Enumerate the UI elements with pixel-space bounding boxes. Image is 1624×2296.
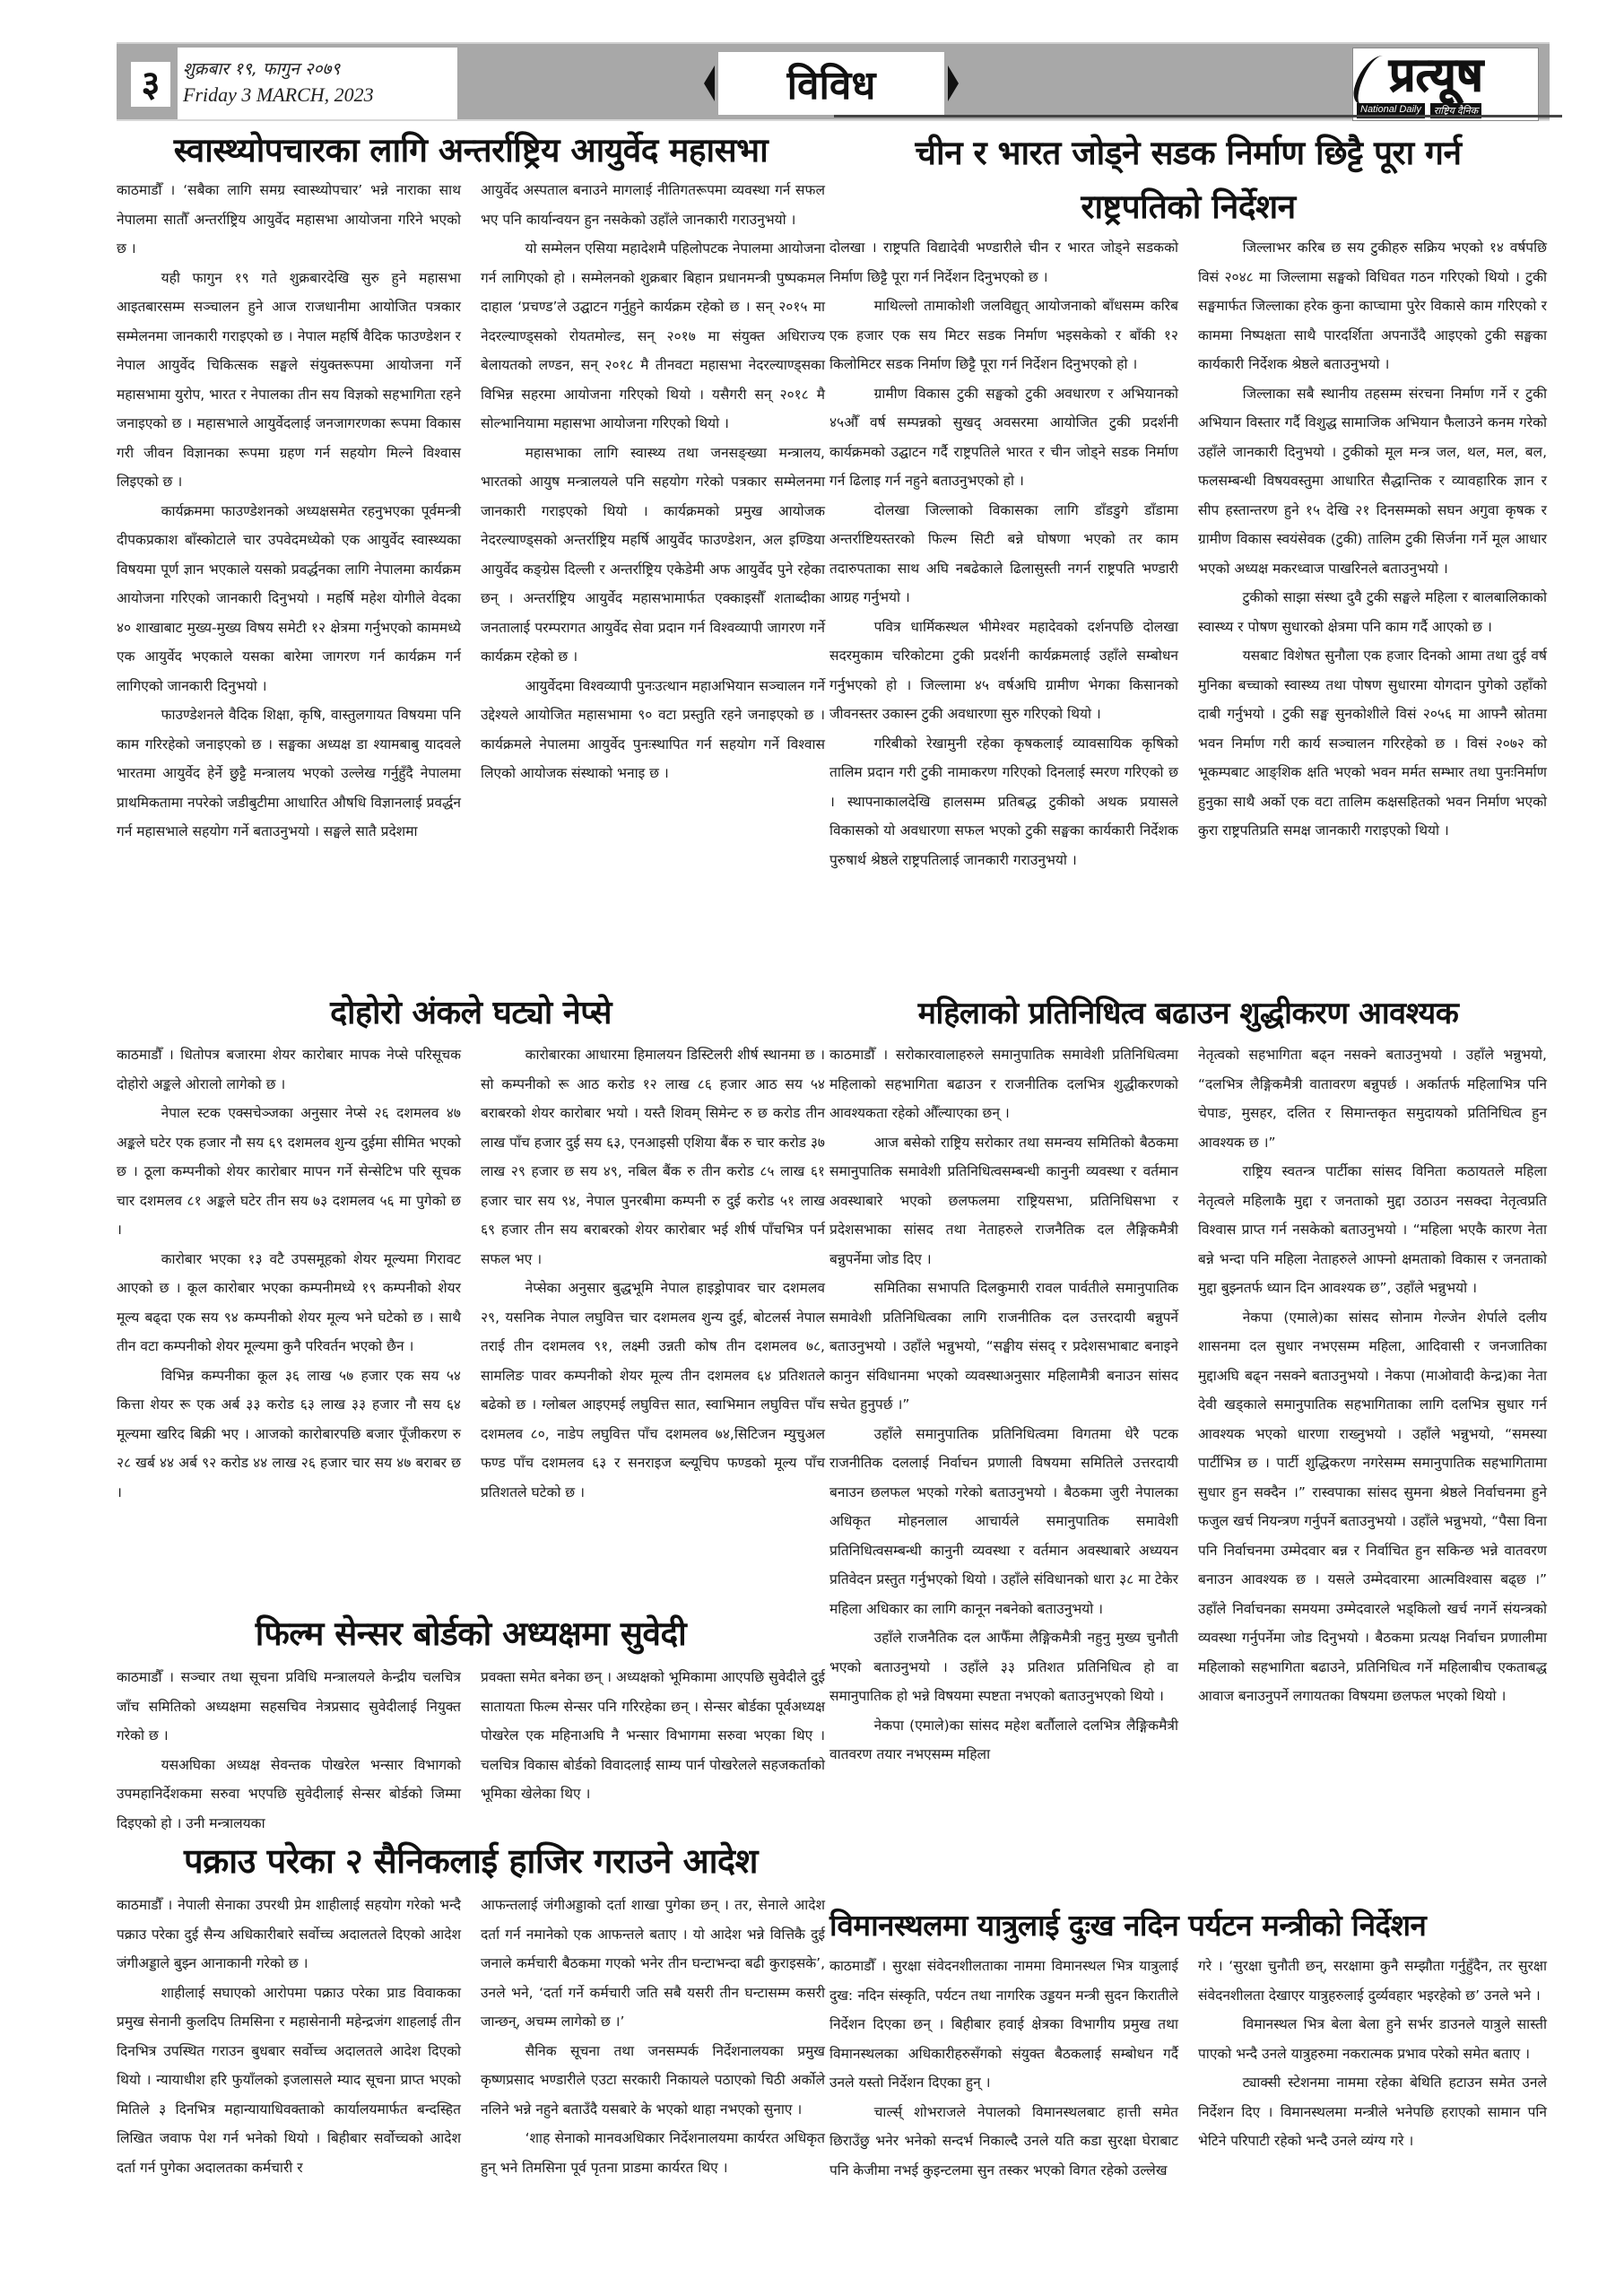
paragraph: नेप्सेका अनुसार बुद्धभूमि नेपाल हाइड्रोप… [481,1274,825,1507]
article-ayurveda: स्वास्थ्योपचारका लागि अन्तर्राष्ट्रिय आय… [117,126,825,847]
paragraph: फाउण्डेशनले वैदिक शिक्षा, कृषि, वास्तुलग… [117,700,461,847]
date-english: Friday 3 MARCH, 2023 [183,82,452,109]
paragraph: चार्ल्स् शोभराजले नेपालको विमानस्थलबाट ह… [829,2098,1178,2186]
article-column: कारोबारका आधारमा हिमालयन डिस्टिलरी शीर्ष… [481,1040,825,1507]
headline: स्वास्थ्योपचारका लागि अन्तर्राष्ट्रिय आय… [117,126,825,176]
paragraph: शाहीलाई सघाएको आरोपमा पक्राउ परेका प्राड… [117,1979,461,2183]
article-column: गरे । ‘सुरक्षा चुनौती छन्, सरक्षामा कुनै… [1198,1952,1547,2185]
section-title: विविध [718,52,944,115]
paragraph: कार्यक्रममा फाउण्डेशनको अध्यक्षसमेत रहनु… [117,497,461,701]
paragraph: प्रवक्ता समेत बनेका छन् । अध्यक्षको भूमि… [481,1663,825,1809]
paragraph: ग्रामीण विकास टुकी सङ्घको टुकी अवधारण र … [829,379,1178,496]
article-column: काठमाडौँ । सरोकारवालाहरुले समानुपातिक सम… [829,1040,1178,1770]
article-column: काठमाडौँ । धितोपत्र बजारमा शेयर कारोबार … [117,1040,461,1507]
article-china-india-road: चीन र भारत जोड्ने सडक निर्माण छिट्टै पूर… [829,126,1547,874]
paragraph: नेतृत्वको सहभागिता बढ्न नसक्ने बताउनुभयो… [1198,1040,1547,1157]
paragraph: दोलखा जिल्लाको विकासका लागि डाँडडुगे डाँ… [829,496,1178,613]
section-label: विविध [704,51,959,116]
paragraph: यही फागुन १९ गते शुक्रबारदेखि सुरु हुने … [117,264,461,497]
paragraph: काठमाडौँ । सञ्चार तथा सूचना प्रविधि मन्त… [117,1663,461,1751]
article-nepse: दोहोरो अंकले घट्यो नेप्से काठमाडौँ । धित… [117,987,825,1507]
paragraph: नेकपा (एमाले)का सांसद महेश बर्तौलाले दलभ… [829,1711,1178,1770]
article-column: दोलखा । राष्ट्रपति विद्यादेवी भण्डारीले … [829,233,1178,874]
left-arrow-icon [704,65,715,101]
paragraph: कारोबार भएका १३ वटै उपसमूहको शेयर मूल्यम… [117,1245,461,1361]
headline: विमानस्थलमा यात्रुलाई दुःख नदिन पर्यटन म… [829,1900,1547,1952]
paragraph: जिल्लाका सबै स्थानीय तहसम्म संरचना निर्म… [1198,379,1547,584]
paragraph: टुकीको साझा संस्था दुवै टुकी सङ्घले महिल… [1198,583,1547,641]
paragraph: यसअघिका अध्यक्ष सेवन्तक पोखरेल भन्सार वि… [117,1751,461,1839]
paragraph: आयुर्वेद अस्पताल बनाउने मागलाई नीतिगतरूप… [481,176,825,234]
paragraph: सैनिक सूचना तथा जनसम्पर्क निर्देशनालयका … [481,2037,825,2125]
paragraph: पवित्र धार्मिकस्थल भीमेश्वर महादेवको दर्… [829,613,1178,729]
headline: पक्राउ परेका २ सैनिकलाई हाजिर गराउने आदे… [117,1831,825,1891]
paragraph: नेकपा (एमाले)का सांसद सोनाम गेल्जेन शेर्… [1198,1303,1547,1711]
page-number: ३ [131,62,170,107]
paragraph: समितिका सभापति दिलकुमारी रावल पार्वतीले … [829,1274,1178,1420]
paragraph: काठमाडौँ । सुरक्षा संवेदनशीलताका नाममा व… [829,1952,1178,2098]
paragraph: यो सम्मेलन एसिया महादेशमै पहिलोपटक नेपाल… [481,234,825,439]
headline: दोहोरो अंकले घट्यो नेप्से [117,987,825,1040]
headline: महिलाको प्रतिनिधित्व बढाउन शुद्धीकरण आवश… [829,987,1547,1040]
dateline: शुक्रबार १९, फागुन २०७९ Friday 3 MARCH, … [178,48,457,119]
article-airport: विमानस्थलमा यात्रुलाई दुःख नदिन पर्यटन म… [829,1900,1547,2185]
article-column: काठमाडौँ । सञ्चार तथा सूचना प्रविधि मन्त… [117,1663,461,1838]
paragraph: काठमाडौँ । नेपाली सेनाका उपरथी प्रेम शाह… [117,1891,461,1979]
article-column: काठमाडौँ । ‘सबैका लागि समग्र स्वास्थ्योप… [117,176,461,847]
paragraph: ट्याक्सी स्टेशनमा नाममा रहेका बेथिति हटा… [1198,2068,1547,2156]
paragraph: आफन्तलाई जंगीअड्डाको दर्ता शाखा पुगेका छ… [481,1891,825,2037]
paragraph: राष्ट्रिय स्वतन्त्र पार्टीका सांसद विनित… [1198,1157,1547,1303]
article-soldiers: पक्राउ परेका २ सैनिकलाई हाजिर गराउने आदे… [117,1831,825,2182]
paragraph: गरिबीको रेखामुनी रहेका कृषकलाई व्यावसायि… [829,729,1178,875]
paragraph: विभिन्न कम्पनीका कूल ३६ लाख ५७ हजार एक स… [117,1361,461,1508]
right-arrow-icon [948,65,959,101]
masthead: ३ शुक्रबार १९, फागुन २०७९ Friday 3 MARCH… [117,42,1550,121]
article-column: नेतृत्वको सहभागिता बढ्न नसक्ने बताउनुभयो… [1198,1040,1547,1770]
paragraph: विमानस्थल भित्र बेला बेला हुने सर्भर डाउ… [1198,2010,1547,2068]
paragraph: ‘शाह सेनाको मानवअधिकार निर्देशनालयमा कार… [481,2124,825,2182]
paragraph: नेपाल स्टक एक्सचेञ्जका अनुसार नेप्से २६ … [117,1099,461,1245]
paragraph: महासभाका लागि स्वास्थ्य तथा जनसङ्ख्या मन… [481,439,825,672]
paragraph: आज बसेको राष्ट्रिय सरोकार तथा समन्वय समि… [829,1128,1178,1274]
paragraph: उहाँले राजनैतिक दल आफैँमा लैङ्गिकमैत्री … [829,1623,1178,1711]
paragraph: आयुर्वेदमा विश्वव्यापी पुनःउत्थान महाअभि… [481,672,825,788]
article-column: जिल्लाभर करिब छ सय टुकीहरु सक्रिय भएको १… [1198,233,1547,874]
paragraph: माथिल्लो तामाकोशी जलविद्युत् आयोजनाको बा… [829,291,1178,379]
article-women-representation: महिलाको प्रतिनिधित्व बढाउन शुद्धीकरण आवश… [829,987,1547,1770]
article-column: प्रवक्ता समेत बनेका छन् । अध्यक्षको भूमि… [481,1663,825,1838]
paragraph: उहाँले समानुपातिक प्रतिनिधित्वमा विगतमा … [829,1420,1178,1624]
newspaper-logo: प्रत्यूष National Daily राष्ट्रिय दैनिक [1352,48,1539,121]
article-column: आयुर्वेद अस्पताल बनाउने मागलाई नीतिगतरूप… [481,176,825,847]
paragraph: काठमाडौँ । सरोकारवालाहरुले समानुपातिक सम… [829,1040,1178,1128]
headline-line-1: चीन र भारत जोड्ने सडक निर्माण छिट्टै पूर… [829,126,1547,181]
logo-name: प्रत्यूष [1389,48,1483,102]
date-nepali: शुक्रबार १९, फागुन २०७९ [183,57,452,82]
article-column: काठमाडौँ । नेपाली सेनाका उपरथी प्रेम शाह… [117,1891,461,2182]
headline-line-2: राष्ट्रपतिको निर्देशन [829,181,1547,233]
headline: फिल्म सेन्सर बोर्डको अध्यक्षमा सुवेदी [117,1605,825,1663]
paragraph: काठमाडौँ । धितोपत्र बजारमा शेयर कारोबार … [117,1040,461,1099]
paragraph: यसबाट विशेषत सुनौला एक हजार दिनको आमा तथ… [1198,641,1547,846]
article-film-censor: फिल्म सेन्सर बोर्डको अध्यक्षमा सुवेदी का… [117,1605,825,1838]
header-divider [834,115,1562,117]
paragraph: काठमाडौँ । ‘सबैका लागि समग्र स्वास्थ्योप… [117,176,461,264]
paragraph: दोलखा । राष्ट्रपति विद्यादेवी भण्डारीले … [829,233,1178,291]
paragraph: गरे । ‘सुरक्षा चुनौती छन्, सरक्षामा कुनै… [1198,1952,1547,2010]
article-column: आफन्तलाई जंगीअड्डाको दर्ता शाखा पुगेका छ… [481,1891,825,2182]
article-column: काठमाडौँ । सुरक्षा संवेदनशीलताका नाममा व… [829,1952,1178,2185]
paragraph: जिल्लाभर करिब छ सय टुकीहरु सक्रिय भएको १… [1198,233,1547,379]
paragraph: कारोबारका आधारमा हिमालयन डिस्टिलरी शीर्ष… [481,1040,825,1274]
